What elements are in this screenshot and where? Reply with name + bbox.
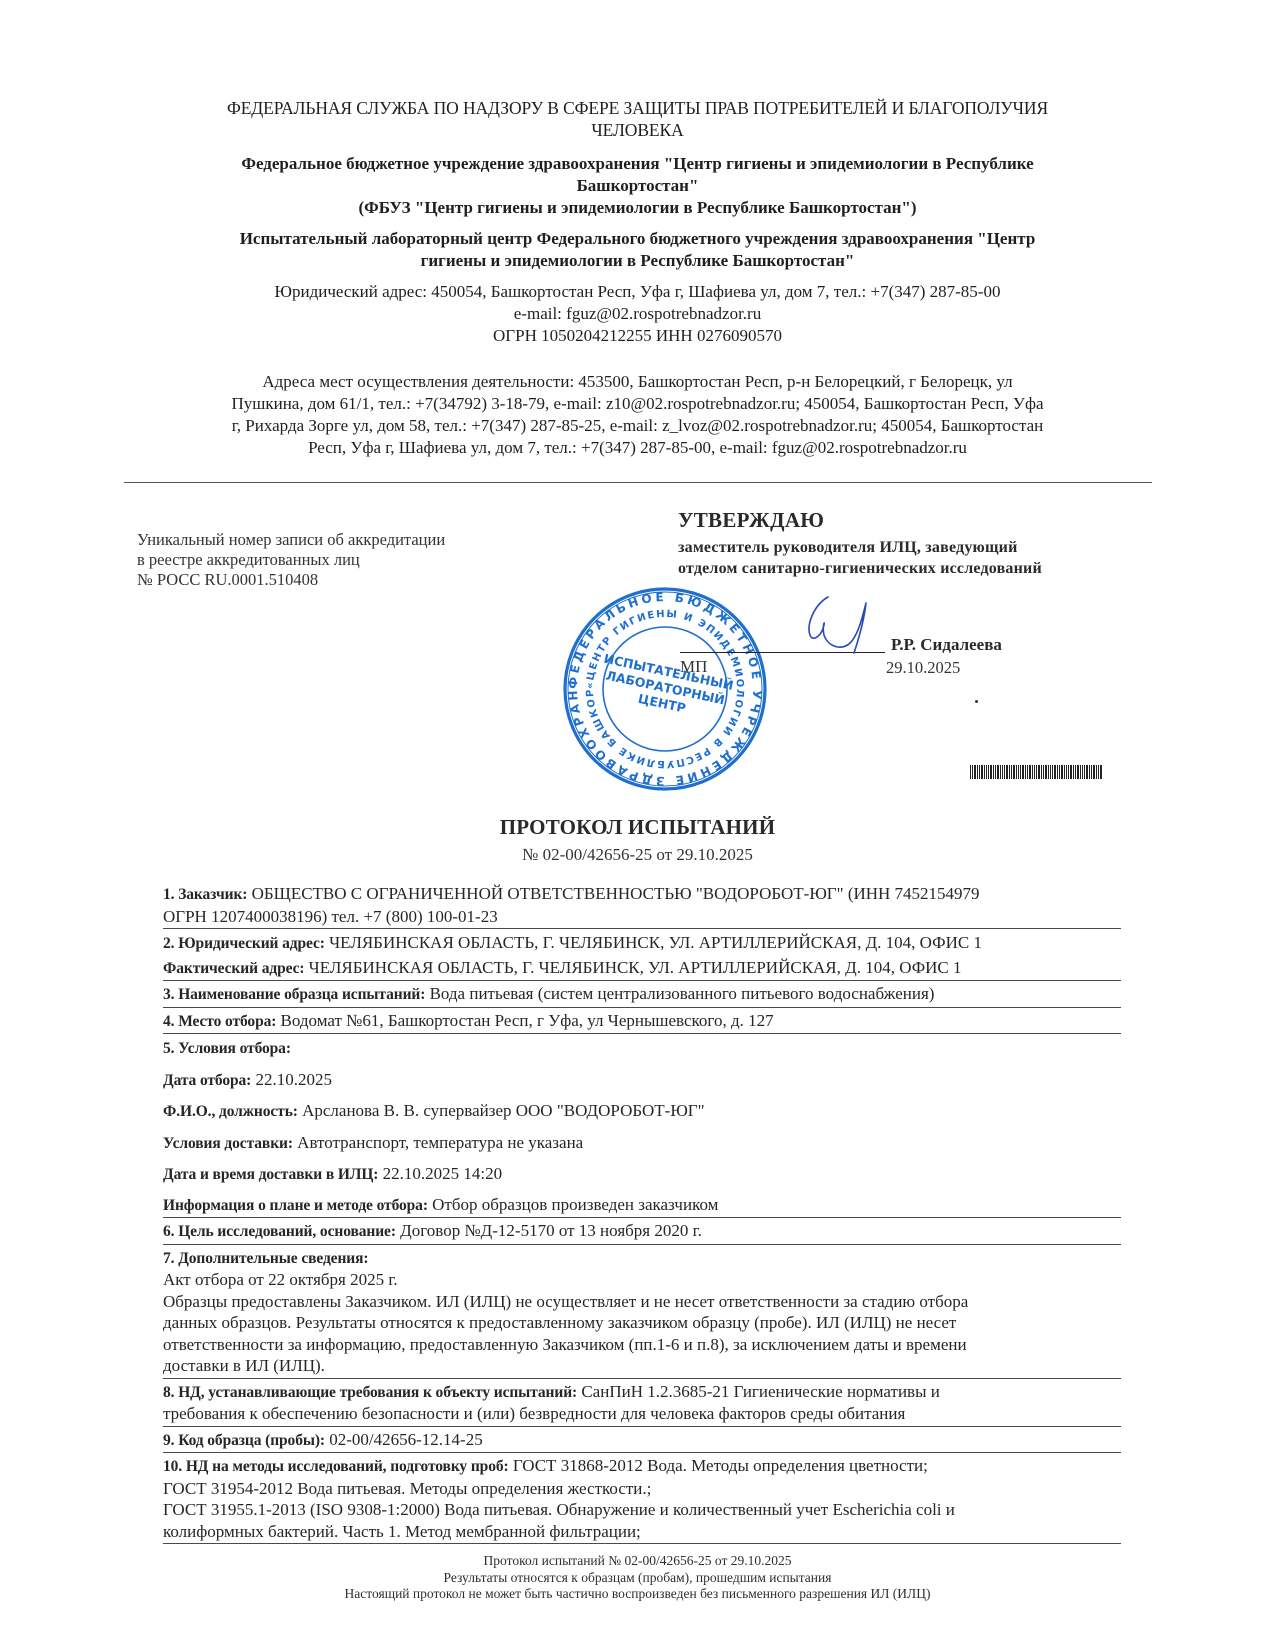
field-label: 6. Цель исследований, основание: [163, 1223, 396, 1240]
field-label: 9. Код образца (пробы): [163, 1432, 325, 1449]
field-delivery-datetime: Дата и время доставки в ИЛЦ: 22.10.2025 … [163, 1158, 1121, 1190]
accreditation-block: Уникальный номер записи об аккредитации … [137, 530, 445, 590]
field-value: СанПиН 1.2.3685-21 Гигиенические нормати… [581, 1382, 940, 1401]
field-value: Образцы предоставлены Заказчиком. ИЛ (ИЛ… [163, 1292, 968, 1311]
approval-title: УТВЕРЖДАЮ [678, 508, 1042, 533]
activity-places-line: Респ, Уфа г, Шафиева ул, дом 7, тел.: +7… [160, 437, 1115, 459]
activity-places-block: Адреса мест осуществления деятельности: … [160, 371, 1115, 459]
institution-heading: Федеральное бюджетное учреждение здравоо… [150, 153, 1125, 219]
field-customer: 1. Заказчик: ОБЩЕСТВО С ОГРАНИЧЕННОЙ ОТВ… [163, 882, 1121, 929]
field-value: Автотранспорт, температура не указана [297, 1133, 583, 1152]
institution-line-2: Башкортостан" [150, 175, 1125, 197]
header-divider [124, 482, 1152, 483]
field-value: Акт отбора от 22 октября 2025 г. [163, 1270, 398, 1289]
approver-role-line-2: отделом санитарно-гигиенических исследов… [678, 558, 1042, 579]
seal-stamp-icon: ФЕДЕРАЛЬНОЕ БЮДЖЕТНОЕ УЧРЕЖДЕНИЕ ЗДРАВОО… [560, 584, 770, 794]
activity-places-line: г, Рихарда Зорге ул, дом 58, тел.: +7(34… [160, 415, 1115, 437]
field-requirements: 8. НД, устанавливающие требования к объе… [163, 1379, 1121, 1427]
approval-block: УТВЕРЖДАЮ заместитель руководителя ИЛЦ, … [678, 508, 1042, 579]
approver-role-line-1: заместитель руководителя ИЛЦ, заведующий [678, 537, 1042, 558]
accreditation-number: № РОСС RU.0001.510408 [137, 570, 445, 590]
field-purpose: 6. Цель исследований, основание: Договор… [163, 1218, 1121, 1245]
field-sampling-plan: Информация о плане и методе отбора: Отбо… [163, 1190, 1121, 1219]
field-label: 2. Юридический адрес: [163, 935, 325, 952]
field-label: Информация о плане и методе отбора: [163, 1197, 428, 1214]
field-value: Арсланова В. В. супервайзер ООО "ВОДОРОБ… [302, 1101, 704, 1120]
scan-speck [975, 700, 978, 703]
accreditation-line-1: Уникальный номер записи об аккредитации [137, 530, 445, 550]
footer-protocol-ref: Протокол испытаний № 02-00/42656-25 от 2… [150, 1553, 1125, 1570]
field-value: ГОСТ 31954-2012 Вода питьевая. Методы оп… [163, 1479, 651, 1498]
lab-line-2: гигиены и эпидемиологии в Республике Баш… [150, 250, 1125, 272]
field-value: требования к обеспечению безопасности и … [163, 1404, 905, 1423]
field-value: ОГРН 1207400038196) тел. +7 (800) 100-01… [163, 907, 498, 926]
seal-mark: МП [680, 657, 707, 677]
field-value: Водомат №61, Башкортостан Респ, г Уфа, у… [281, 1011, 774, 1030]
field-value: 02-00/42656-12.14-25 [329, 1430, 482, 1449]
field-value: ГОСТ 31955.1-2013 (ISO 9308-1:2000) Вода… [163, 1500, 955, 1519]
footer-results-note: Результаты относятся к образцам (пробам)… [150, 1570, 1125, 1587]
field-delivery-conditions: Условия доставки: Автотранспорт, темпера… [163, 1127, 1121, 1159]
ogrn-inn: ОГРН 1050204212255 ИНН 0276090570 [150, 325, 1125, 347]
protocol-number: № 02-00/42656-25 от 29.10.2025 [150, 845, 1125, 865]
field-value: ГОСТ 31868-2012 Вода. Методы определения… [513, 1456, 928, 1475]
page-footer: Протокол испытаний № 02-00/42656-25 от 2… [150, 1553, 1125, 1603]
field-legal-address: 2. Юридический адрес: ЧЕЛЯБИНСКАЯ ОБЛАСТ… [163, 929, 1121, 956]
activity-places-line: Адреса мест осуществления деятельности: … [160, 371, 1115, 393]
field-sample-code: 9. Код образца (пробы): 02-00/42656-12.1… [163, 1427, 1121, 1454]
field-value: колиформных бактерий. Часть 1. Метод мем… [163, 1522, 641, 1541]
field-label: Фактический адрес: [163, 960, 304, 977]
lab-heading: Испытательный лабораторный центр Федерал… [150, 228, 1125, 272]
field-label: 10. НД на методы исследований, подготовк… [163, 1458, 509, 1475]
field-actual-address: Фактический адрес: ЧЕЛЯБИНСКАЯ ОБЛАСТЬ, … [163, 956, 1121, 982]
signer-name: Р.Р. Сидалеева [891, 635, 1002, 655]
legal-address: Юридический адрес: 450054, Башкортостан … [150, 281, 1125, 303]
field-value: ответственности за информацию, предостав… [163, 1335, 967, 1354]
accreditation-line-2: в реестре аккредитованных лиц [137, 550, 445, 570]
field-value: Вода питьевая (систем централизованного … [430, 984, 935, 1003]
field-sampler: Ф.И.О., должность: Арсланова В. В. супер… [163, 1095, 1121, 1127]
field-value: 22.10.2025 [255, 1070, 332, 1089]
agency-line-1: ФЕДЕРАЛЬНАЯ СЛУЖБА ПО НАДЗОРУ В СФЕРЕ ЗА… [150, 97, 1125, 119]
field-sampling-conditions: 5. Условия отбора: [163, 1034, 1121, 1064]
institution-line-1: Федеральное бюджетное учреждение здравоо… [150, 153, 1125, 175]
agency-line-2: ЧЕЛОВЕКА [150, 119, 1125, 141]
approver-role: заместитель руководителя ИЛЦ, заведующий… [678, 537, 1042, 579]
protocol-title: ПРОТОКОЛ ИСПЫТАНИЙ [150, 815, 1125, 840]
field-value: ОБЩЕСТВО С ОГРАНИЧЕННОЙ ОТВЕТСТВЕННОСТЬЮ… [252, 884, 980, 903]
field-label: 3. Наименование образца испытаний: [163, 986, 425, 1003]
field-value: ЧЕЛЯБИНСКАЯ ОБЛАСТЬ, Г. ЧЕЛЯБИНСК, УЛ. А… [329, 933, 982, 952]
field-sample-name: 3. Наименование образца испытаний: Вода … [163, 981, 1121, 1008]
signature-icon [800, 591, 895, 661]
barcode-icon [970, 765, 1102, 779]
field-label: 8. НД, устанавливающие требования к объе… [163, 1384, 577, 1401]
agency-heading: ФЕДЕРАЛЬНАЯ СЛУЖБА ПО НАДЗОРУ В СФЕРЕ ЗА… [150, 97, 1125, 141]
document-page: ФЕДЕРАЛЬНАЯ СЛУЖБА ПО НАДЗОРУ В СФЕРЕ ЗА… [0, 0, 1275, 1650]
field-label: Дата и время доставки в ИЛЦ: [163, 1166, 378, 1183]
activity-places-line: Пушкина, дом 61/1, тел.: +7(34792) 3-18-… [160, 393, 1115, 415]
field-additional-info: 7. Дополнительные сведения: Акт отбора о… [163, 1245, 1121, 1379]
approval-date: 29.10.2025 [886, 658, 960, 678]
field-value: Договор №Д-12-5170 от 13 ноября 2020 г. [400, 1221, 702, 1240]
field-label: 1. Заказчик: [163, 886, 247, 903]
field-label: Дата отбора: [163, 1072, 251, 1089]
field-label: 5. Условия отбора: [163, 1040, 291, 1057]
field-sampling-date: Дата отбора: 22.10.2025 [163, 1064, 1121, 1096]
field-label: 7. Дополнительные сведения: [163, 1250, 368, 1267]
field-value: ЧЕЛЯБИНСКАЯ ОБЛАСТЬ, Г. ЧЕЛЯБИНСК, УЛ. А… [309, 958, 962, 977]
field-value: данных образцов. Результаты относятся к … [163, 1313, 956, 1332]
email: e-mail: fguz@02.rospotrebnadzor.ru [150, 303, 1125, 325]
protocol-fields: 1. Заказчик: ОБЩЕСТВО С ОГРАНИЧЕННОЙ ОТВ… [163, 882, 1121, 1544]
legal-address-block: Юридический адрес: 450054, Башкортостан … [150, 281, 1125, 347]
field-label: Ф.И.О., должность: [163, 1103, 298, 1120]
field-label: 4. Место отбора: [163, 1013, 276, 1030]
field-sampling-place: 4. Место отбора: Водомат №61, Башкортост… [163, 1008, 1121, 1035]
footer-reproduction-note: Настоящий протокол не может быть частичн… [150, 1586, 1125, 1603]
field-methods: 10. НД на методы исследований, подготовк… [163, 1453, 1121, 1544]
field-value: Отбор образцов произведен заказчиком [432, 1195, 718, 1214]
lab-line-1: Испытательный лабораторный центр Федерал… [150, 228, 1125, 250]
field-value: доставки в ИЛ (ИЛЦ). [163, 1356, 325, 1375]
field-value: 22.10.2025 14:20 [383, 1164, 502, 1183]
institution-short-name: (ФБУЗ "Центр гигиены и эпидемиологии в Р… [150, 197, 1125, 219]
field-label: Условия доставки: [163, 1135, 293, 1152]
